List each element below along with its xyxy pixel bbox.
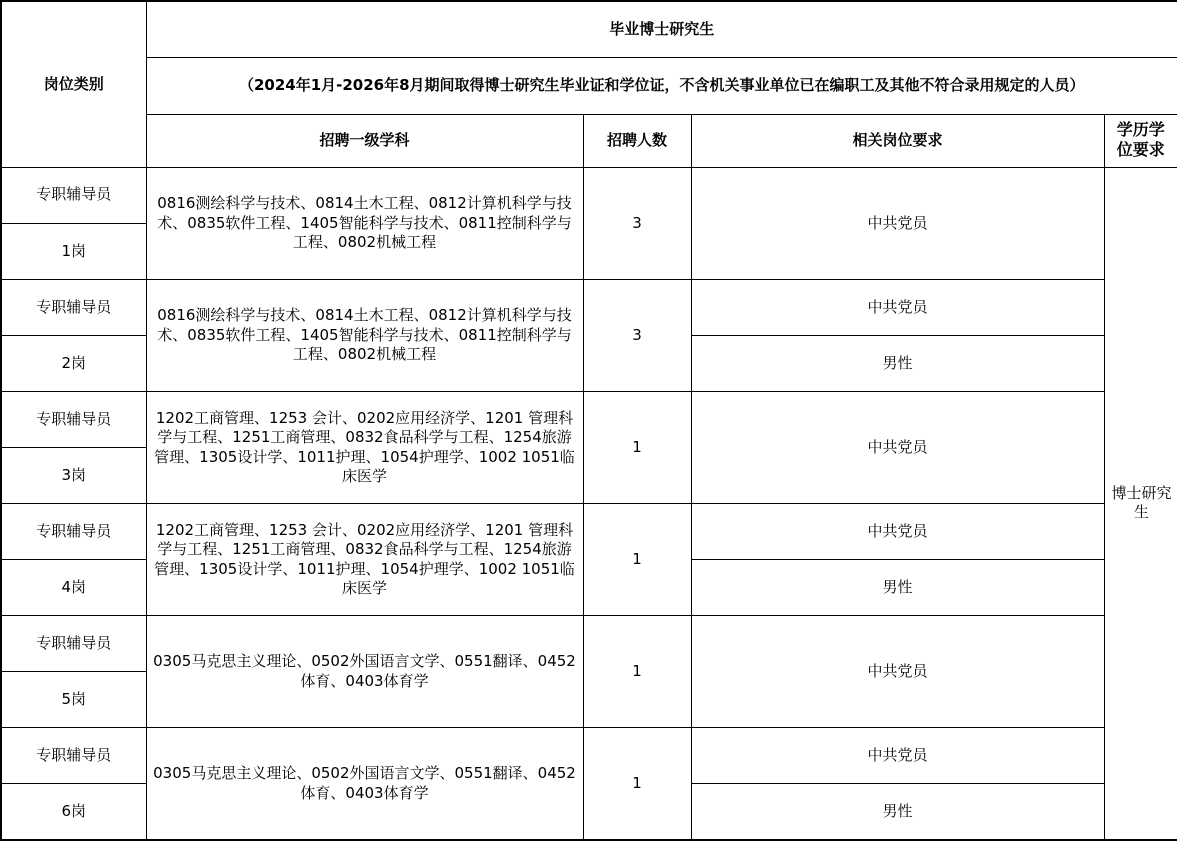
subjects-cell: 0305马克思主义理论、0502外国语言文学、0551翻译、0452体育、040… xyxy=(146,728,583,840)
requirement-cell: 中共党员 xyxy=(691,279,1104,335)
position-cell: 专职辅导员 xyxy=(1,167,146,223)
group-title-cell: 毕业博士研究生 xyxy=(146,1,1177,57)
recruitment-table: 岗位类别 毕业博士研究生 （2024年1月-2026年8月期间取得博士研究生毕业… xyxy=(0,0,1177,841)
slot-cell: 2岗 xyxy=(1,335,146,391)
requirement-cell: 中共党员 xyxy=(691,728,1104,784)
subjects-cell: 1202工商管理、1253 会计、0202应用经济学、1201 管理科学与工程、… xyxy=(146,391,583,503)
slot-cell: 1岗 xyxy=(1,223,146,279)
col-header-degree-label: 学历学位要求 xyxy=(1116,120,1166,160)
subjects-cell: 0816测绘科学与技术、0814土木工程、0812计算机科学与技术、0835软件… xyxy=(146,279,583,391)
slot-cell: 3岗 xyxy=(1,448,146,504)
col-header-subjects: 招聘一级学科 xyxy=(146,114,583,167)
subjects-cell: 1202工商管理、1253 会计、0202应用经济学、1201 管理科学与工程、… xyxy=(146,504,583,616)
col-header-requirements: 相关岗位要求 xyxy=(691,114,1104,167)
corner-header-cell: 岗位类别 xyxy=(1,1,146,167)
count-cell: 1 xyxy=(583,391,691,503)
requirement-cell: 中共党员 xyxy=(691,167,1104,279)
recruitment-table-page: 岗位类别 毕业博士研究生 （2024年1月-2026年8月期间取得博士研究生毕业… xyxy=(0,0,1177,841)
degree-value-cell: 博士研究生 xyxy=(1104,167,1177,840)
position-cell: 专职辅导员 xyxy=(1,616,146,672)
slot-cell: 6岗 xyxy=(1,784,146,840)
count-cell: 1 xyxy=(583,616,691,728)
requirement-cell: 男性 xyxy=(691,335,1104,391)
count-cell: 1 xyxy=(583,504,691,616)
group-note-cell: （2024年1月-2026年8月期间取得博士研究生毕业证和学位证，不含机关事业单… xyxy=(146,57,1177,114)
position-cell: 专职辅导员 xyxy=(1,504,146,560)
position-cell: 专职辅导员 xyxy=(1,391,146,447)
slot-cell: 5岗 xyxy=(1,672,146,728)
count-cell: 1 xyxy=(583,728,691,840)
requirement-cell: 中共党员 xyxy=(691,391,1104,503)
count-cell: 3 xyxy=(583,167,691,279)
subjects-cell: 0305马克思主义理论、0502外国语言文学、0551翻译、0452体育、040… xyxy=(146,616,583,728)
requirement-cell: 男性 xyxy=(691,784,1104,840)
position-cell: 专职辅导员 xyxy=(1,728,146,784)
subjects-cell: 0816测绘科学与技术、0814土木工程、0812计算机科学与技术、0835软件… xyxy=(146,167,583,279)
slot-cell: 4岗 xyxy=(1,560,146,616)
requirement-cell: 中共党员 xyxy=(691,504,1104,560)
col-header-count: 招聘人数 xyxy=(583,114,691,167)
requirement-cell: 中共党员 xyxy=(691,616,1104,728)
requirement-cell: 男性 xyxy=(691,560,1104,616)
degree-value-label: 博士研究生 xyxy=(1111,484,1173,523)
col-header-degree: 学历学位要求 xyxy=(1104,114,1177,167)
count-cell: 3 xyxy=(583,279,691,391)
position-cell: 专职辅导员 xyxy=(1,279,146,335)
